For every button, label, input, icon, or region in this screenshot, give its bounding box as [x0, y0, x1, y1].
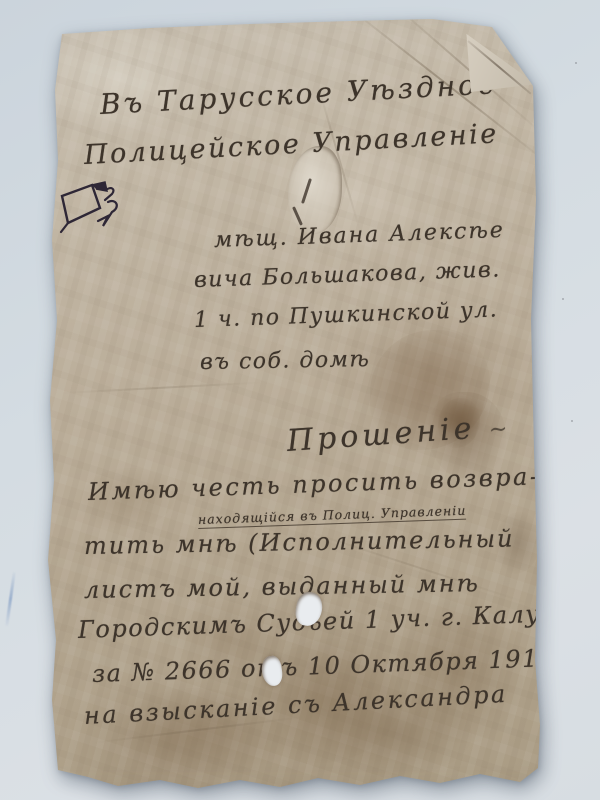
petitioner-line: мѣщ. Ивана Алексѣе	[214, 218, 506, 253]
addressee-line: Въ Тарусское Уѣздное	[99, 67, 498, 121]
dust-speck	[575, 62, 577, 64]
body-line: на взысканіе съ Александра	[83, 680, 508, 730]
petitioner-line: вича Большакова, жив.	[194, 257, 502, 293]
ink-scribble-mark	[48, 176, 140, 238]
paper-crease	[62, 382, 262, 394]
body-line: листъ мой, выданный мнѣ	[84, 569, 480, 604]
paper-shadow-wrap: Въ Тарусское Уѣздное Полицейское Управле…	[0, 0, 600, 800]
petition-heading-text: Прошеніе	[286, 411, 477, 459]
petition-heading: Прошеніе ~	[286, 408, 513, 459]
body-line: за № 2666 отъ 10 Октября 1912 г.	[92, 643, 588, 688]
folded-corner	[462, 26, 536, 92]
dust-speck	[571, 420, 573, 422]
body-line: тить мнѣ (Исполнительный	[84, 524, 515, 560]
body-line: Городскимъ Судьей 1 уч. г. Калуги	[78, 599, 572, 644]
dust-speck	[562, 298, 564, 300]
petitioner-line: 1 ч. по Пушкинской ул.	[194, 297, 499, 333]
photo-background: Въ Тарусское Уѣздное Полицейское Управле…	[0, 0, 600, 800]
document-paper: Въ Тарусское Уѣздное Полицейское Управле…	[0, 0, 600, 800]
body-line: Имѣю честь просить возвра-	[88, 462, 541, 506]
addressee-line: Полицейское Управленіе	[83, 118, 499, 171]
petitioner-line: въ соб. домѣ	[200, 347, 371, 375]
heading-flourish: ~	[488, 416, 512, 443]
